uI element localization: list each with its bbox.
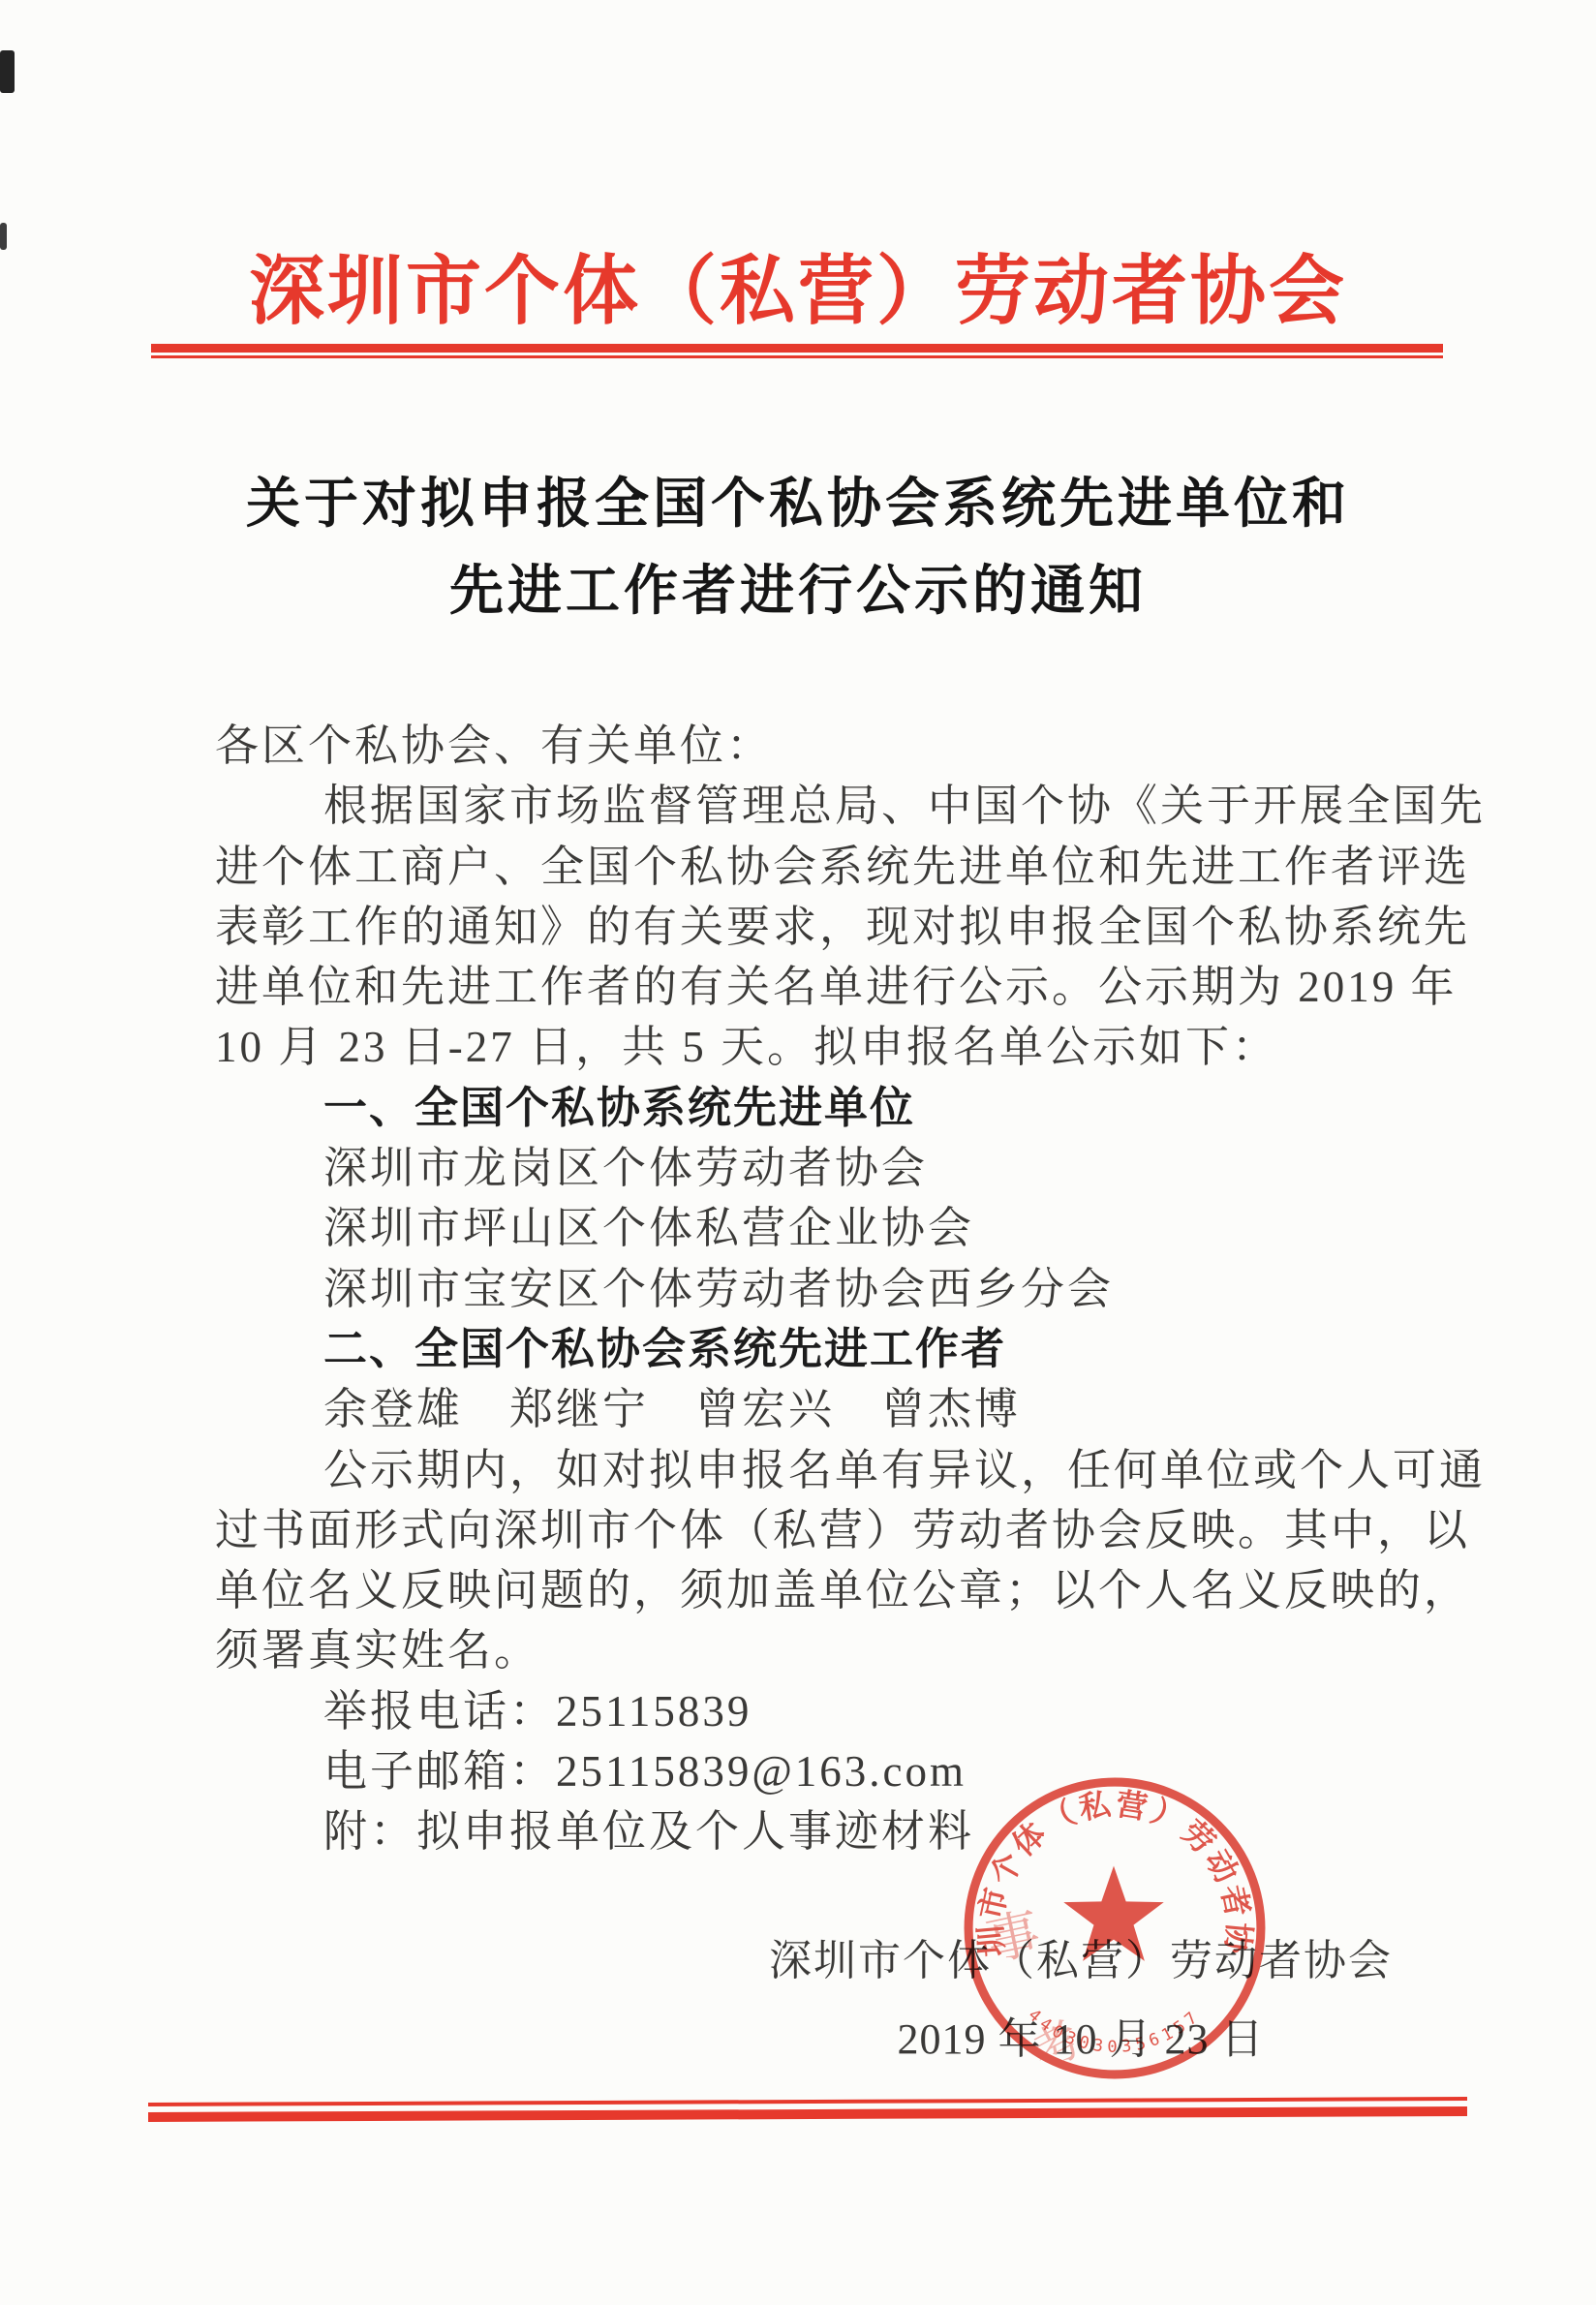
body-line: 进单位和先进工作者的有关名单进行公示。公示期为 2019 年	[215, 957, 1445, 1017]
body-line: 公示期内，如对拟申报名单有异议，任何单位或个人可通	[215, 1440, 1445, 1500]
footer-rule-thick	[148, 2106, 1467, 2122]
body-line: 二、全国个私协会系统先进工作者	[215, 1319, 1445, 1379]
signature-org: 深圳市个体（私营）劳动者协会	[755, 1925, 1406, 1987]
body-line: 根据国家市场监督管理总局、中国个协《关于开展全国先	[215, 776, 1445, 836]
body-line: 余登雄 郑继宁 曾宏兴 曾杰博	[215, 1379, 1445, 1439]
body-line: 10 月 23 日-27 日，共 5 天。拟申报名单公示如下：	[215, 1017, 1445, 1077]
body-line: 须署真实姓名。	[215, 1620, 1445, 1680]
body-line: 单位名义反映问题的，须加盖单位公章；以个人名义反映的，	[215, 1560, 1445, 1620]
footer-rule-thin	[148, 2097, 1467, 2106]
body-line: 过书面形式向深圳市个体（私营）劳动者协会反映。其中，以	[215, 1500, 1445, 1560]
body-line: 进个体工商户、全国个私协会系统先进单位和先进工作者评选	[215, 837, 1445, 897]
document-page: 深圳市个体（私营）劳动者协会 关于对拟申报全国个私协会系统先进单位和 先进工作者…	[0, 0, 1596, 2305]
body-line: 表彰工作的通知》的有关要求，现对拟申报全国个私协系统先	[215, 897, 1445, 957]
body-line: 附：拟申报单位及个人事迹材料	[215, 1801, 1445, 1861]
body-text: 各区个私协会、有关单位：根据国家市场监督管理总局、中国个协《关于开展全国先进个体…	[215, 716, 1445, 1862]
signature-block: 深圳市个体（私营）劳动者协会 2019 年 10 月 23 日	[755, 1925, 1406, 2066]
signature-date: 2019 年 10 月 23 日	[755, 2004, 1406, 2066]
letterhead-rule-thick	[151, 344, 1443, 353]
body-line: 电子邮箱：25115839@163.com	[215, 1741, 1445, 1801]
body-line: 举报电话：25115839	[215, 1681, 1445, 1741]
doc-title-line-2: 先进工作者进行公示的通知	[0, 548, 1596, 626]
letterhead-rule-thin	[151, 355, 1443, 358]
scan-artifact	[0, 50, 15, 93]
body-line: 深圳市坪山区个体私营企业协会	[215, 1198, 1445, 1258]
body-line: 深圳市宝安区个体劳动者协会西乡分会	[215, 1259, 1445, 1319]
doc-title-line-1: 关于对拟申报全国个私协会系统先进单位和	[0, 461, 1596, 538]
body-line: 深圳市龙岗区个体劳动者协会	[215, 1138, 1445, 1198]
letterhead-org-name: 深圳市个体（私营）劳动者协会	[0, 230, 1596, 339]
body-line: 各区个私协会、有关单位：	[215, 716, 1445, 776]
body-line: 一、全国个私协系统先进单位	[215, 1078, 1445, 1138]
